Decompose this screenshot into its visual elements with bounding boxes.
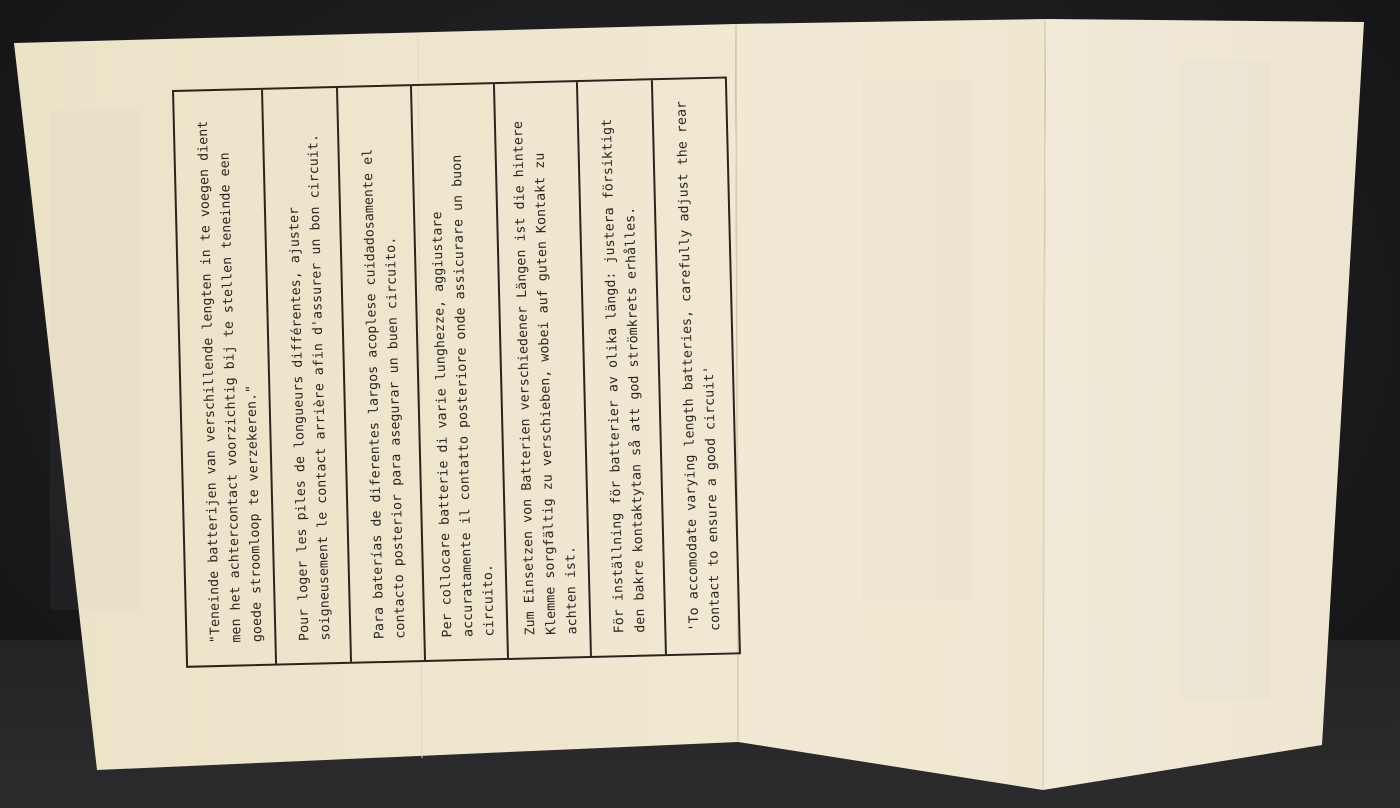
leaflet: "Teneinde batterijen van verschillende l… <box>0 0 1400 808</box>
instruction-text: Pour loger les piles de longueurs différ… <box>282 104 337 641</box>
instruction-row-italian: Per collocare batterie di varie lunghezz… <box>412 84 509 660</box>
instruction-row-spanish: Para baterías de diferentes largos acopl… <box>337 86 426 662</box>
instruction-row-swedish: För inställning för batterier av olika l… <box>578 80 667 656</box>
instruction-text: Per collocare batterie di varie lunghezz… <box>424 100 500 637</box>
instruction-text: Zum Einsetzen von Batterien verschiedene… <box>507 98 583 635</box>
instruction-row-dutch: "Teneinde batterijen van verschillende l… <box>174 90 277 666</box>
instruction-row-german: Zum Einsetzen von Batterien verschiedene… <box>495 82 592 658</box>
instruction-table: "Teneinde batterijen van verschillende l… <box>172 76 741 667</box>
instruction-text: Para baterías de diferentes largos acopl… <box>356 102 411 639</box>
instruction-text: 'To accomodate varying length batteries,… <box>671 95 726 632</box>
instruction-text: "Teneinde batterijen van verschillende l… <box>192 106 268 643</box>
instruction-row-english: 'To accomodate varying length batteries,… <box>652 78 739 654</box>
instruction-text: För inställning för batterier av olika l… <box>597 97 652 634</box>
instruction-row-french: Pour loger les piles de longueurs différ… <box>263 88 352 664</box>
